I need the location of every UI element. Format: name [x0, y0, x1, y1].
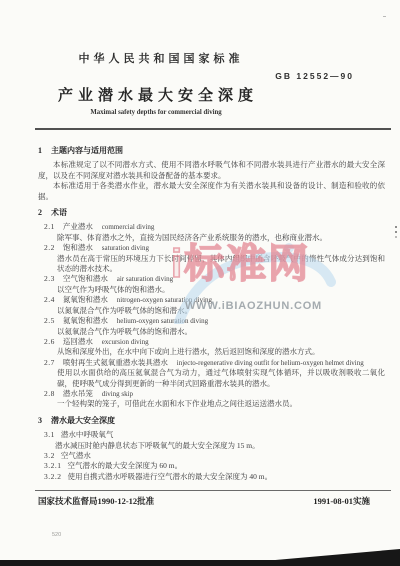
term-definition: 以空气作为呼吸气体的饱和潜水。 — [38, 285, 385, 295]
term-name-cn: 空气饱和潜水 — [63, 274, 108, 283]
scan-shadow-bar — [0, 560, 400, 566]
term-name-en: saturation diving — [102, 244, 149, 252]
term-entry: 2.7 喷射再生式氦氧重潜水装具潜水 injecto-regenerative … — [38, 358, 385, 389]
term-heading: 2.6 巡回潜水 excursion diving — [38, 337, 385, 347]
term-name-en: diving skip — [102, 390, 133, 398]
clause: 潜水减压时舱内静息状态下呼吸氧气的最大安全深度为 15 m。 — [38, 441, 385, 451]
term-definition: 一个轻构架的笼子，可借此在水面和水下作业地点之间往返运送潜水员。 — [38, 399, 385, 409]
clause: 3.2空气潜水 — [38, 451, 385, 461]
scan-speck — [383, 16, 386, 17]
clause-text: 使用自携式潜水呼吸器进行空气潜水的最大安全深度为 40 m。 — [68, 472, 273, 481]
section-3-heading: 3潜水最大安全深度 — [38, 416, 385, 426]
term-heading: 2.3 空气饱和潜水 air saturation diving — [38, 274, 385, 284]
term-definition: 除军事、体育潜水之外，直接为国民经济各产业系统服务的潜水，也称商业潜水。 — [38, 233, 385, 243]
term-name-en: injecto-regenerative diving outfit for h… — [177, 359, 364, 367]
term-entry: 2.3 空气饱和潜水 air saturation diving 以空气作为呼吸… — [38, 274, 385, 295]
clause-number: 3.1 — [44, 430, 55, 440]
clause-text: 潜水减压时舱内静息状态下呼吸氧气的最大安全深度为 15 m。 — [55, 441, 260, 450]
footer-rule — [35, 490, 391, 491]
national-standard-label: 中华人民共和国国家标准 — [0, 50, 322, 66]
section-title: 潜水最大安全深度 — [51, 416, 115, 425]
section-2-heading: 2术语 — [38, 208, 385, 218]
term-number: 2.3 — [44, 274, 61, 284]
section-number: 2 — [38, 208, 42, 218]
term-name-cn: 喷射再生式氦氧重潜水装具潜水 — [63, 358, 168, 367]
term-number: 2.5 — [44, 316, 61, 326]
term-heading: 2.7 喷射再生式氦氧重潜水装具潜水 injecto-regenerative … — [38, 358, 385, 368]
term-entry: 2.5 氦氧饱和潜水 helium-oxygen saturation divi… — [38, 316, 385, 337]
clause: 3.1潜水中呼吸氧气 — [38, 430, 385, 440]
section-title: 术语 — [51, 208, 67, 217]
paragraph: 本标准规定了以不同潜水方式、使用不同潜水呼吸气体和不同潜水装具进行产业潜水的最大… — [38, 160, 385, 181]
implementation-text: 1991-08-01实施 — [313, 495, 370, 507]
term-definition: 使用以水面供给的高压氦氧混合气为动力，通过气体喷射实现气体循环，并以吸收剂吸收二… — [38, 368, 385, 389]
paragraph: 本标准适用于各类潜水作业，潜水最大安全深度作为有关潜水装具和设备的设计、制造和验… — [38, 181, 385, 202]
term-definition: 潜水员在高于常压的环境压力下长时间停留，其体内组织中所含呼吸气中的惰性气体成分达… — [38, 254, 385, 275]
term-name-en: excursion diving — [102, 338, 149, 346]
term-number: 2.4 — [44, 295, 61, 305]
term-entry: 2.4 氮氧饱和潜水 nitrogen-oxygen saturation di… — [38, 295, 385, 316]
term-heading: 2.1 产业潜水 commercial diving — [38, 222, 385, 232]
clause-number: 3.2 — [44, 451, 55, 461]
term-definition: 以氮氧混合气作为呼吸气体的饱和潜水。 — [38, 306, 385, 316]
scan-speck — [395, 226, 397, 228]
term-number: 2.6 — [44, 337, 61, 347]
document-title-en: Maximal safety depths for commercial div… — [0, 109, 312, 116]
section-1-heading: 1主题内容与适用范围 — [38, 146, 385, 156]
term-name-en: air saturation diving — [117, 275, 173, 283]
term-heading: 2.2 饱和潜水 saturation diving — [38, 243, 385, 253]
section-title: 主题内容与适用范围 — [51, 146, 123, 155]
term-name-cn: 氦氧饱和潜水 — [63, 316, 108, 325]
term-entry: 2.1 产业潜水 commercial diving 除军事、体育潜水之外，直接… — [38, 222, 385, 243]
term-name-cn: 产业潜水 — [63, 222, 93, 231]
clause-text: 空气潜水 — [61, 451, 91, 460]
term-heading: 2.8 潜水吊笼 diving skip — [38, 389, 385, 399]
term-number: 2.1 — [44, 222, 61, 232]
approval-text: 国家技术监督局1990-12-12批准 — [38, 495, 154, 507]
term-name-cn: 巡回潜水 — [63, 337, 93, 346]
clause-text: 空气潜水的最大安全深度为 60 m。 — [68, 461, 183, 470]
term-name-en: helium-oxygen saturation diving — [117, 317, 208, 325]
term-heading: 2.4 氮氧饱和潜水 nitrogen-oxygen saturation di… — [38, 295, 385, 305]
term-number: 2.8 — [44, 389, 61, 399]
header-rule — [35, 128, 391, 130]
term-name-cn: 潜水吊笼 — [63, 389, 93, 398]
clause-number: 3.2.1 — [44, 461, 62, 471]
term-name-cn: 氮氧饱和潜水 — [63, 295, 108, 304]
term-number: 2.2 — [44, 243, 61, 253]
term-entry: 2.8 潜水吊笼 diving skip 一个轻构架的笼子，可借此在水面和水下作… — [38, 389, 385, 410]
section-number: 1 — [38, 146, 42, 156]
section-number: 3 — [38, 416, 42, 426]
term-name-en: nitrogen-oxygen saturation diving — [117, 296, 212, 304]
document-title-cn: 产业潜水最大安全深度 — [0, 84, 316, 105]
clause: 3.2.2使用自携式潜水呼吸器进行空气潜水的最大安全深度为 40 m。 — [38, 472, 385, 482]
term-definition: 从饱和深度外出，在水中向下或向上进行潜水，然后返回饱和深度的潜水方式。 — [38, 347, 385, 357]
scanned-standard-page: 中华人民共和国国家标准 GB 12552—90 产业潜水最大安全深度 Maxim… — [0, 0, 400, 566]
term-name-en: commercial diving — [102, 223, 155, 231]
document-body: 1主题内容与适用范围 本标准规定了以不同潜水方式、使用不同潜水呼吸气体和不同潜水… — [38, 140, 385, 482]
page-number: 520 — [52, 532, 61, 538]
term-entry: 2.2 饱和潜水 saturation diving 潜水员在高于常压的环境压力… — [38, 243, 385, 274]
term-name-cn: 饱和潜水 — [63, 243, 93, 252]
clause: 3.2.1空气潜水的最大安全深度为 60 m。 — [38, 461, 385, 471]
term-heading: 2.5 氦氧饱和潜水 helium-oxygen saturation divi… — [38, 316, 385, 326]
standard-number: GB 12552—90 — [275, 71, 354, 81]
clause-number: 3.2.2 — [44, 472, 62, 482]
term-entry: 2.6 巡回潜水 excursion diving 从饱和深度外出，在水中向下或… — [38, 337, 385, 358]
term-number: 2.7 — [44, 358, 61, 368]
term-definition: 以氦氧混合气作为呼吸气体的饱和潜水。 — [38, 327, 385, 337]
clause-text: 潜水中呼吸氧气 — [61, 430, 114, 439]
